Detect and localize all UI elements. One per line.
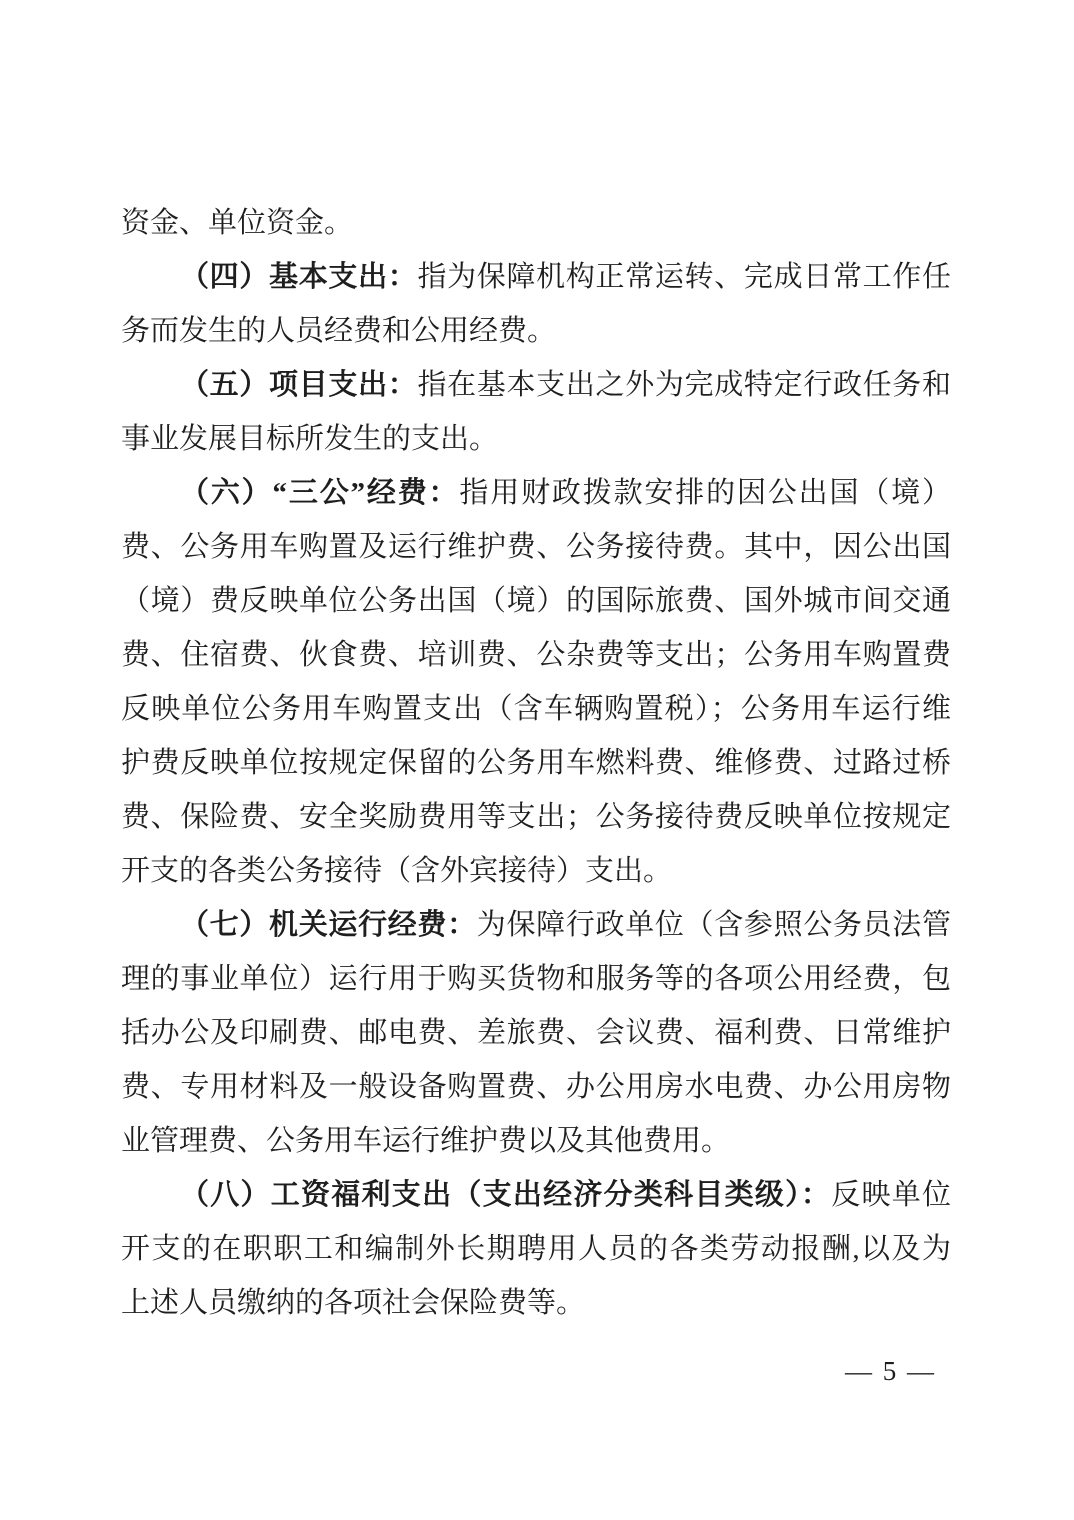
body-text: 资金、单位资金。 （四）基本支出：指为保障机构正常运转、完成日常工作任 务而发生… bbox=[121, 196, 951, 1330]
line-text: 理的事业单位）运行用于购买货物和服务等的各项公用经费，包 bbox=[121, 963, 951, 995]
paragraph-lead: （四）基本支出： bbox=[180, 261, 417, 293]
line-text: 为保障行政单位（含参照公务员法管 bbox=[477, 909, 951, 941]
text-line: （五）项目支出：指在基本支出之外为完成特定行政任务和 bbox=[121, 358, 951, 412]
line-text: 上述人员缴纳的各项社会保险费等。 bbox=[121, 1287, 585, 1319]
line-text: 费、专用材料及一般设备购置费、办公用房水电费、办公用房物 bbox=[121, 1071, 951, 1103]
text-line: 括办公及印刷费、邮电费、差旅费、会议费、福利费、日常维护 bbox=[121, 1006, 951, 1060]
paragraph-lead: （八）工资福利支出（支出经济分类科目类级）： bbox=[180, 1179, 831, 1211]
line-text: 指在基本支出之外为完成特定行政任务和 bbox=[417, 369, 951, 401]
text-line: 费、专用材料及一般设备购置费、办公用房水电费、办公用房物 bbox=[121, 1060, 951, 1114]
text-line: 费、公务用车购置及运行维护费、公务接待费。其中，因公出国 bbox=[121, 520, 951, 574]
text-line: 护费反映单位按规定保留的公务用车燃料费、维修费、过路过桥 bbox=[121, 736, 951, 790]
line-text: 务而发生的人员经费和公用经费。 bbox=[121, 315, 556, 347]
text-line: 理的事业单位）运行用于购买货物和服务等的各项公用经费，包 bbox=[121, 952, 951, 1006]
line-text: 指为保障机构正常运转、完成日常工作任 bbox=[417, 261, 951, 293]
text-line: 资金、单位资金。 bbox=[121, 196, 951, 250]
line-text: 护费反映单位按规定保留的公务用车燃料费、维修费、过路过桥 bbox=[121, 747, 951, 779]
line-text: 开支的各类公务接待（含外宾接待）支出。 bbox=[121, 855, 672, 887]
paragraph-lead: （五）项目支出： bbox=[180, 369, 417, 401]
line-text: 指用财政拨款安排的因公出国（境） bbox=[459, 477, 951, 509]
text-line: （六）“三公”经费：指用财政拨款安排的因公出国（境） bbox=[121, 466, 951, 520]
line-text: 费、住宿费、伙食费、培训费、公杂费等支出；公务用车购置费 bbox=[121, 639, 951, 671]
line-text: 资金、单位资金。 bbox=[121, 207, 353, 239]
line-text: 开支的在职职工和编制外长期聘用人员的各类劳动报酬,以及为 bbox=[121, 1233, 951, 1265]
page-number: — 5 — bbox=[845, 1353, 936, 1389]
line-text: 事业发展目标所发生的支出。 bbox=[121, 423, 498, 455]
paragraph-lead: （七）机关运行经费： bbox=[180, 909, 477, 941]
document-page: 资金、单位资金。 （四）基本支出：指为保障机构正常运转、完成日常工作任 务而发生… bbox=[0, 0, 1074, 1520]
text-line: 费、保险费、安全奖励费用等支出；公务接待费反映单位按规定 bbox=[121, 790, 951, 844]
line-text: 反映单位 bbox=[831, 1179, 951, 1211]
text-line: （境）费反映单位公务出国（境）的国际旅费、国外城市间交通 bbox=[121, 574, 951, 628]
text-line: 费、住宿费、伙食费、培训费、公杂费等支出；公务用车购置费 bbox=[121, 628, 951, 682]
text-line: （七）机关运行经费：为保障行政单位（含参照公务员法管 bbox=[121, 898, 951, 952]
line-text: 括办公及印刷费、邮电费、差旅费、会议费、福利费、日常维护 bbox=[121, 1017, 951, 1049]
text-line: 业管理费、公务用车运行维护费以及其他费用。 bbox=[121, 1114, 951, 1168]
line-text: 费、保险费、安全奖励费用等支出；公务接待费反映单位按规定 bbox=[121, 801, 951, 833]
text-line: 反映单位公务用车购置支出（含车辆购置税）；公务用车运行维 bbox=[121, 682, 951, 736]
text-line: 上述人员缴纳的各项社会保险费等。 bbox=[121, 1276, 951, 1330]
text-line: 务而发生的人员经费和公用经费。 bbox=[121, 304, 951, 358]
line-text: （境）费反映单位公务出国（境）的国际旅费、国外城市间交通 bbox=[121, 585, 951, 617]
text-line: 事业发展目标所发生的支出。 bbox=[121, 412, 951, 466]
line-text: 业管理费、公务用车运行维护费以及其他费用。 bbox=[121, 1125, 730, 1157]
line-text: 反映单位公务用车购置支出（含车辆购置税）；公务用车运行维 bbox=[121, 693, 951, 725]
text-line: 开支的在职职工和编制外长期聘用人员的各类劳动报酬,以及为 bbox=[121, 1222, 951, 1276]
paragraph-lead: （六）“三公”经费： bbox=[180, 477, 459, 509]
text-line: 开支的各类公务接待（含外宾接待）支出。 bbox=[121, 844, 951, 898]
text-line: （四）基本支出：指为保障机构正常运转、完成日常工作任 bbox=[121, 250, 951, 304]
text-line: （八）工资福利支出（支出经济分类科目类级）：反映单位 bbox=[121, 1168, 951, 1222]
line-text: 费、公务用车购置及运行维护费、公务接待费。其中，因公出国 bbox=[121, 531, 951, 563]
